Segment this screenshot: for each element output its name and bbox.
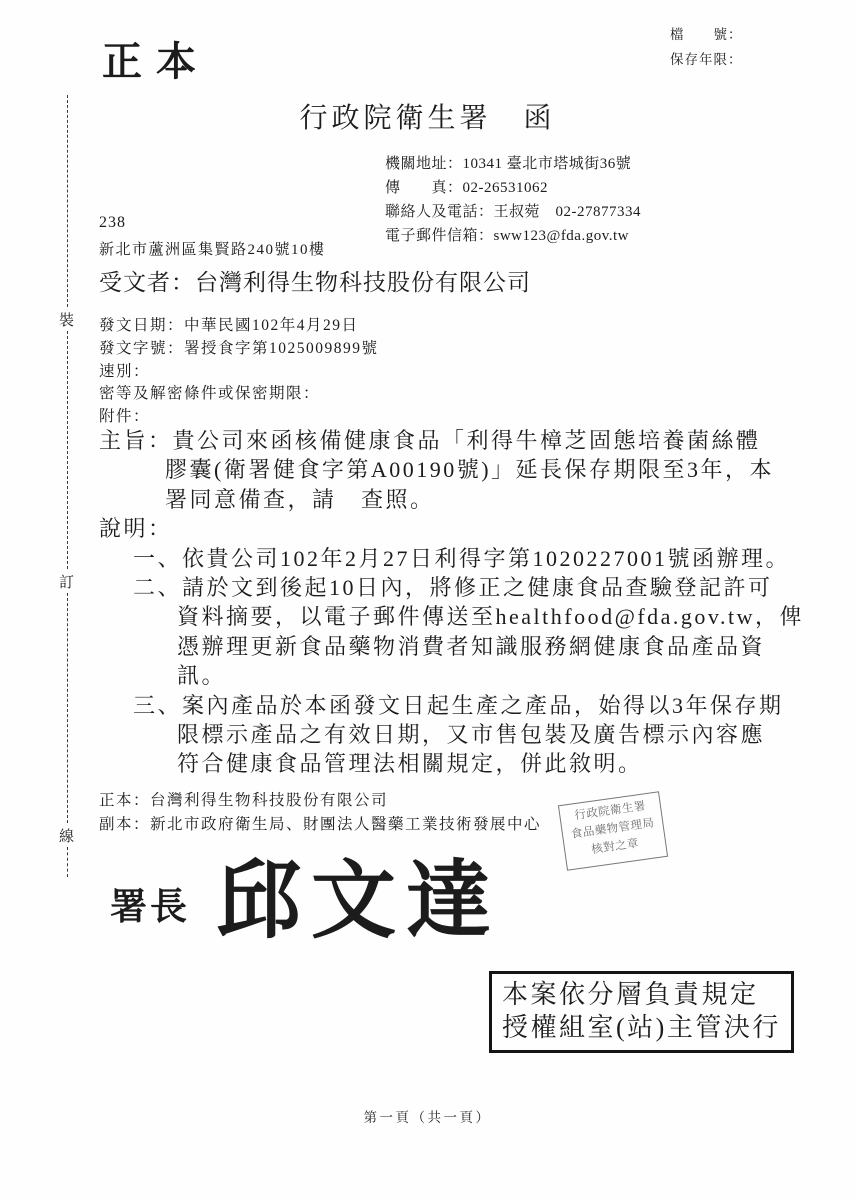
signer-name: 邱文達 (216, 860, 501, 945)
authorization-box: 本案依分層負責規定 授權組室(站)主管決行 (489, 971, 794, 1053)
explanation-item-2-line: 資料摘要，以電子郵件傳送至healthfood@fda.gov.tw，俾 (99, 602, 804, 631)
page-number-footer: 第一頁（共一頁） (0, 1106, 855, 1126)
agency-email: 電子郵件信箱：sww123@fda.gov.tw (385, 224, 641, 248)
subject-line: 署同意備查，請 查照。 (99, 485, 804, 514)
file-info-block: 檔 號： 保存年限： (670, 22, 743, 72)
explanation-item-3-line: 符合健康食品管理法相關規定，併此敘明。 (99, 749, 804, 778)
binding-mark-xian: 線 (59, 825, 74, 846)
scanned-official-letter: 裝 訂 線 正本 檔 號： 保存年限： 行政院衛生署 函 機關地址：10341 … (0, 0, 855, 1200)
document-number: 發文字號：署授食字第1025009899號 (99, 338, 379, 361)
agency-contact: 聯絡人及電話：王叔菀 02-27877334 (385, 200, 641, 224)
issue-date: 發文日期：中華民國102年4月29日 (99, 315, 379, 338)
signer-title: 署長 (110, 876, 190, 930)
authorization-line: 授權組室(站)主管決行 (502, 1011, 781, 1044)
binding-line-segment (67, 331, 68, 569)
authorization-line: 本案依分層負責規定 (502, 978, 781, 1011)
speed-label: 速別： (99, 361, 379, 384)
explanation-item-3-line: 限標示產品之有效日期，又市售包裝及廣告標示內容應 (99, 720, 804, 749)
letter-body: 主旨：貴公司來函核備健康食品「利得牛樟芝固態培養菌絲體 膠囊(衛署健食字第A00… (99, 426, 804, 779)
agency-info-block: 機關地址：10341 臺北市塔城街36號 傳 真：02-26531062 聯絡人… (385, 152, 641, 248)
explanation-heading: 說明： (99, 514, 804, 543)
explanation-item-2-line: 訊。 (99, 661, 804, 690)
verification-stamp: 行政院衛生署 食品藥物管理局 核對之章 (558, 791, 668, 871)
copy-type-label: 正本 (102, 30, 210, 87)
explanation-item-3: 三、案內產品於本函發文日起生產之產品，始得以3年保存期 (99, 691, 804, 720)
explanation-item-1: 一、依貴公司102年2月27日利得字第1020227001號函辦理。 (99, 544, 804, 573)
retention-label: 保存年限： (670, 47, 743, 72)
document-title: 行政院衛生署 函 (0, 96, 855, 136)
distribution-copy: 副本：新北市政府衛生局、財團法人醫藥工業技術發展中心 (99, 813, 541, 837)
security-label: 密等及解密條件或保密期限： (99, 383, 379, 406)
recipient-address: 新北市蘆洲區集賢路240號10樓 (99, 238, 326, 259)
distribution-original: 正本：台灣利得生物科技股份有限公司 (99, 789, 541, 813)
explanation-item-2: 二、請於文到後起10日內，將修正之健康食品查驗登記許可 (99, 573, 804, 602)
binding-mark-zhuang: 裝 (59, 309, 74, 330)
distribution-block: 正本：台灣利得生物科技股份有限公司 副本：新北市政府衛生局、財團法人醫藥工業技術… (99, 789, 541, 836)
agency-address: 機關地址：10341 臺北市塔城街36號 (385, 152, 641, 176)
recipient-line: 受文者：台灣利得生物科技股份有限公司 (99, 264, 531, 297)
document-meta-block: 發文日期：中華民國102年4月29日 發文字號：署授食字第1025009899號… (99, 315, 379, 429)
binding-line-segment (67, 847, 68, 877)
subject-line: 主旨：貴公司來函核備健康食品「利得牛樟芝固態培養菌絲體 (99, 426, 804, 455)
file-no-label: 檔 號： (670, 22, 743, 47)
binding-line-segment (67, 593, 68, 823)
explanation-item-2-line: 憑辦理更新食品藥物消費者知識服務網健康食品產品資 (99, 632, 804, 661)
binding-mark-ding: 訂 (59, 571, 74, 592)
recipient-zip: 238 (99, 214, 126, 232)
subject-line: 膠囊(衛署健食字第A00190號)」延長保存期限至3年，本 (99, 455, 804, 484)
signature-block: 署長 邱文達 (110, 860, 501, 945)
agency-fax: 傳 真：02-26531062 (385, 176, 641, 200)
